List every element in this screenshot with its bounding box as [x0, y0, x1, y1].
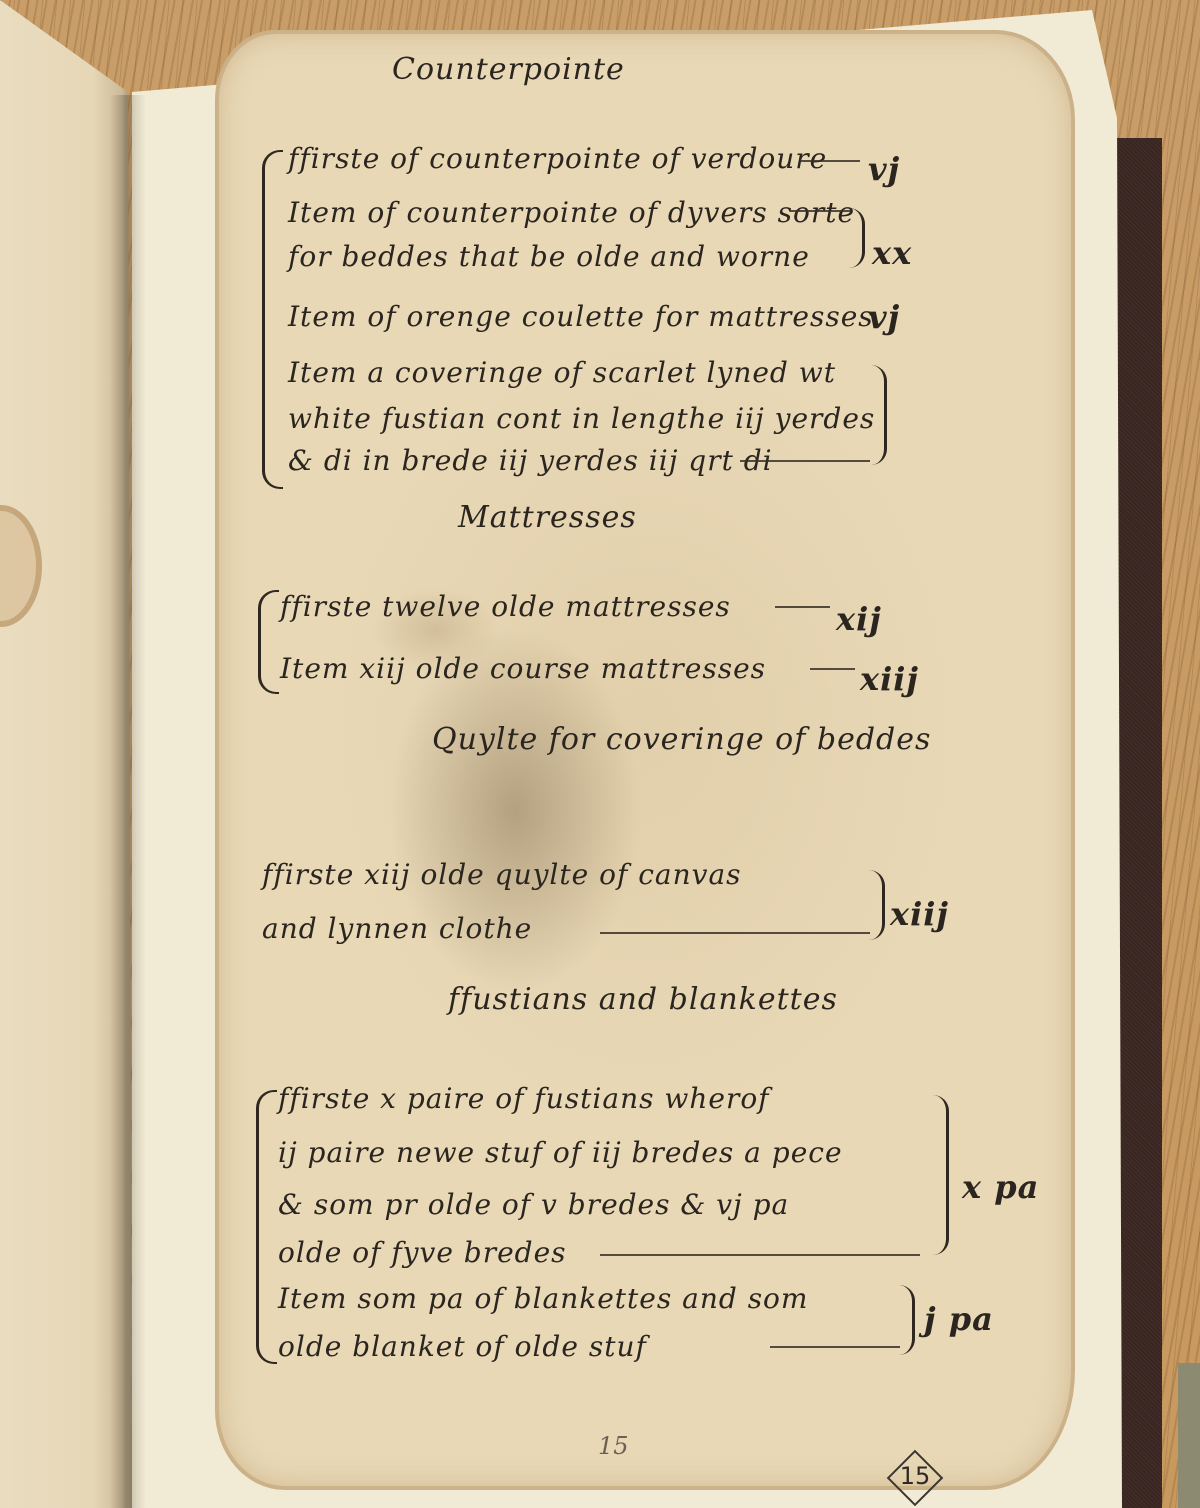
book-gutter	[110, 95, 146, 1508]
entry-line: Item of orenge coulette for mattresses	[288, 300, 874, 333]
ink-rule	[790, 210, 850, 212]
left-bracket	[262, 150, 283, 489]
right-bracket	[930, 1095, 949, 1255]
entry-line: white fustian cont in lengthe iij yerdes	[288, 402, 875, 435]
entry-line: ffirste x paire of fustians wherof	[278, 1082, 770, 1115]
entry-line: for beddes that be olde and worne	[288, 240, 810, 273]
amount: xiij	[860, 660, 919, 698]
entry-line: & som pr olde of v bredes & vj pa	[278, 1188, 789, 1221]
folio-number-pencil: 15	[598, 1432, 629, 1460]
entry-line: olde blanket of olde stuf	[278, 1330, 647, 1363]
amount: j pa	[924, 1300, 994, 1338]
left-bracket	[256, 1090, 277, 1364]
left-bracket	[258, 590, 279, 694]
ink-rule	[810, 668, 855, 670]
right-bracket	[866, 870, 885, 940]
amount: vj	[868, 150, 900, 188]
section-heading-quylte: Quylte for coveringe of beddes	[432, 722, 931, 757]
book-cover-corner	[1178, 1363, 1200, 1508]
entry-line: Item xiij olde course mattresses	[280, 652, 766, 685]
entry-line: Item som pa of blankettes and som	[278, 1282, 808, 1315]
section-heading-mattresses: Mattresses	[458, 500, 637, 535]
right-bracket	[846, 208, 865, 268]
section-heading-counterpointe: Counterpointe	[392, 52, 625, 87]
folio-stamp-number: 15	[898, 1462, 932, 1490]
ink-rule	[600, 932, 870, 934]
ink-rule	[600, 1254, 920, 1256]
entry-line: ffirste xiij olde quylte of canvas	[262, 858, 742, 891]
amount: xiij	[890, 895, 949, 933]
amount: xij	[836, 600, 882, 638]
amount: x pa	[962, 1168, 1039, 1206]
entry-line: olde of fyve bredes	[278, 1236, 567, 1269]
section-heading-fustians: ffustians and blankettes	[448, 982, 838, 1017]
entry-line: Item a coveringe of scarlet lyned wt	[288, 356, 836, 389]
right-bracket	[868, 365, 887, 465]
entry-line: ij paire newe stuf of iij bredes a pece	[278, 1136, 843, 1169]
amount: xx	[872, 234, 912, 272]
entry-line: ffirste twelve olde mattresses	[280, 590, 731, 623]
entry-line: & di in brede iij yerdes iij qrt di	[288, 444, 773, 477]
entry-line: ffirste of counterpointe of verdoure	[288, 142, 827, 175]
right-bracket	[896, 1285, 915, 1355]
entry-line: Item of counterpointe of dyvers sorte	[288, 196, 855, 229]
ink-rule	[770, 1346, 900, 1348]
ink-rule	[800, 160, 860, 162]
ink-rule	[740, 460, 870, 462]
amount: vj	[868, 298, 900, 336]
entry-line: and lynnen clothe	[262, 912, 532, 945]
ink-rule	[775, 606, 830, 608]
